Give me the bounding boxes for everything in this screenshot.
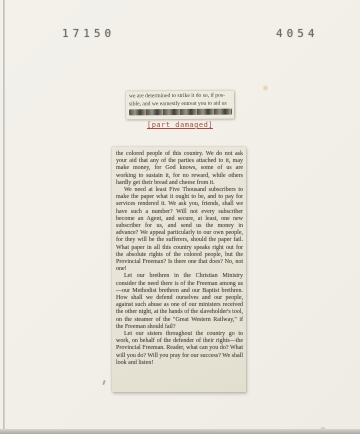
damaged-text-smudge [129, 109, 232, 116]
small-newspaper-clipping: we are determined to strike it do so, if… [126, 91, 234, 120]
clipping-paragraph: Let our sisters throughout the country g… [116, 331, 243, 367]
main-newspaper-clipping: the colored people of this country. We d… [112, 147, 246, 392]
pen-speck [102, 380, 105, 385]
archivist-annotation: [part damaged] [147, 121, 213, 129]
stamp-number-left: 17150 [62, 27, 115, 40]
clipping-paragraph: the colored people of this country. We d… [116, 151, 243, 187]
scanned-page: 17150 4054 we are determined to strike i… [0, 0, 360, 434]
page-edge-bottom [0, 429, 360, 434]
clipping-paragraph: We need at least Five Thousand subscribe… [116, 187, 243, 273]
stamp-number-right: 4054 [276, 27, 319, 40]
page-edge-left [3, 0, 5, 434]
clipping-paragraph: Let our brethren in the Christian Minist… [116, 273, 243, 331]
clipping-text-line: we are determined to strike it do so, if… [129, 93, 232, 101]
clipping-text-line: sible, and we earnestly entreat you to a… [129, 100, 232, 108]
stain-speck [263, 85, 268, 91]
